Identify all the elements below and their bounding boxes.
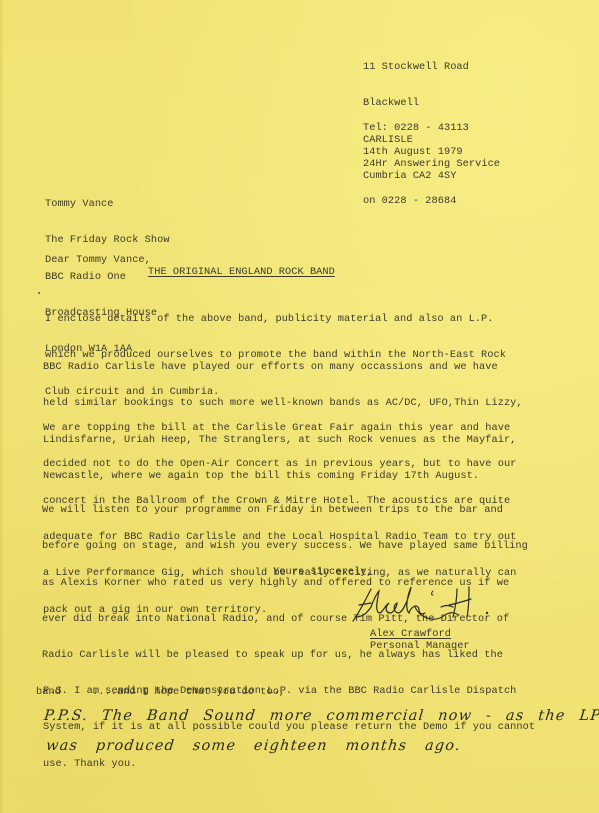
telephone-line: Tel: 0228 - 43113 xyxy=(363,122,500,134)
body-line: We will listen to your programme on Frid… xyxy=(42,504,528,516)
letter-date: 14th August 1979 xyxy=(363,146,463,158)
contact-details: Tel: 0228 - 43113 24Hr Answering Service… xyxy=(363,98,500,231)
letter-page: 11 Stockwell Road Blackwell CARLISLE Cum… xyxy=(0,0,599,813)
recipient-address-line: Tommy Vance xyxy=(45,198,170,210)
postscript-line: P.S. I am sending the Demonstration L.P.… xyxy=(43,685,535,697)
answering-number-line: on 0228 - 28684 xyxy=(363,195,500,207)
body-line: before going on stage, and wish you ever… xyxy=(42,540,528,552)
signatory-title: Personal Manager xyxy=(370,640,470,652)
postscript-line: use. Thank you. xyxy=(43,758,535,770)
postscript: P.S. I am sending the Demonstration L.P.… xyxy=(43,661,535,794)
answering-service-line: 24Hr Answering Service xyxy=(363,158,500,170)
closing: Yours sincerely, xyxy=(273,566,373,578)
handwritten-signature xyxy=(345,583,495,628)
stray-ink-mark xyxy=(38,292,40,294)
signatory-name: Alex Crawford xyxy=(370,628,451,640)
sender-address-line: 11 Stockwell Road xyxy=(363,61,469,73)
salutation: Dear Tommy Vance, xyxy=(45,254,151,266)
subject-line: THE ORIGINAL ENGLAND ROCK BAND xyxy=(148,266,335,278)
body-line: We are topping the bill at the Carlisle … xyxy=(43,422,516,434)
recipient-address-line: The Friday Rock Show xyxy=(45,234,170,246)
body-line: BBC Radio Carlisle have played our effor… xyxy=(43,361,523,373)
handwritten-note-line-2: was produced some eighteen months ago. xyxy=(45,740,461,752)
handwritten-note-line-1: P.P.S. The Band Sound more commercial no… xyxy=(43,710,599,722)
body-line: I enclose details of the above band, pub… xyxy=(45,313,506,325)
body-line: decided not to do the Open-Air Concert a… xyxy=(43,458,516,470)
